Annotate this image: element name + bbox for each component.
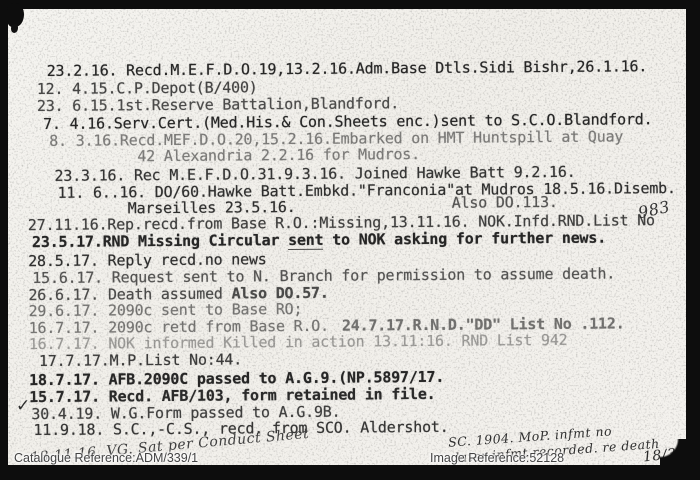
line-11-suffix: to NOK asking for further news. [323,229,606,249]
handwritten-tick-mark: ✓ [16,396,31,416]
scan-border-bottom [0,465,700,480]
record-line-1: 23.2.16. Recd.M.E.F.D.O.19,13.2.16.Adm.B… [47,58,648,79]
record-line-9-also-do: Also DO.113. [452,194,558,211]
image-reference-caption: Image Reference:52128 [430,451,564,465]
line-11-prefix: 23.5.17.RND Missing Circular [32,231,288,251]
record-line-11: 23.5.17.RND Missing Circular sent to NOK… [32,230,606,251]
scanned-record-card: 23.2.16. Recd.M.E.F.D.O.19,13.2.16.Adm.B… [0,0,700,482]
scan-border-left [0,0,8,480]
record-line-6: 42 Alexandria 2.2.16 for Mudros. [137,146,420,164]
record-line-3: 23. 6.15.1st.Reserve Battalion,Blandford… [37,95,399,114]
record-line-12: 28.5.17. Reply recd.no news [28,251,267,269]
typed-service-record: 23.2.16. Recd.M.E.F.D.O.19,13.2.16.Adm.B… [0,0,700,482]
scan-border-right [686,0,700,480]
scan-border-top [0,0,700,9]
record-line-17: 16.7.17. NOK informed Killed in action 1… [29,332,568,352]
scan-corner-rounding [660,439,686,465]
catalogue-reference-caption: Catalogue Reference:ADM/339/1 [14,451,198,465]
record-line-20: 15.7.17. Recd. AFB/103, form retained in… [29,386,435,405]
record-line-8: 11. 6..16. DO/60.Hawke Batt.Embkd."Franc… [58,180,676,201]
record-line-18: 17.7.17.M.P.List No:44. [39,351,242,369]
record-line-2: 12. 4.15.C.P.Depot(B/400) [37,79,258,97]
line-11-underlined-word: sent [288,231,323,250]
